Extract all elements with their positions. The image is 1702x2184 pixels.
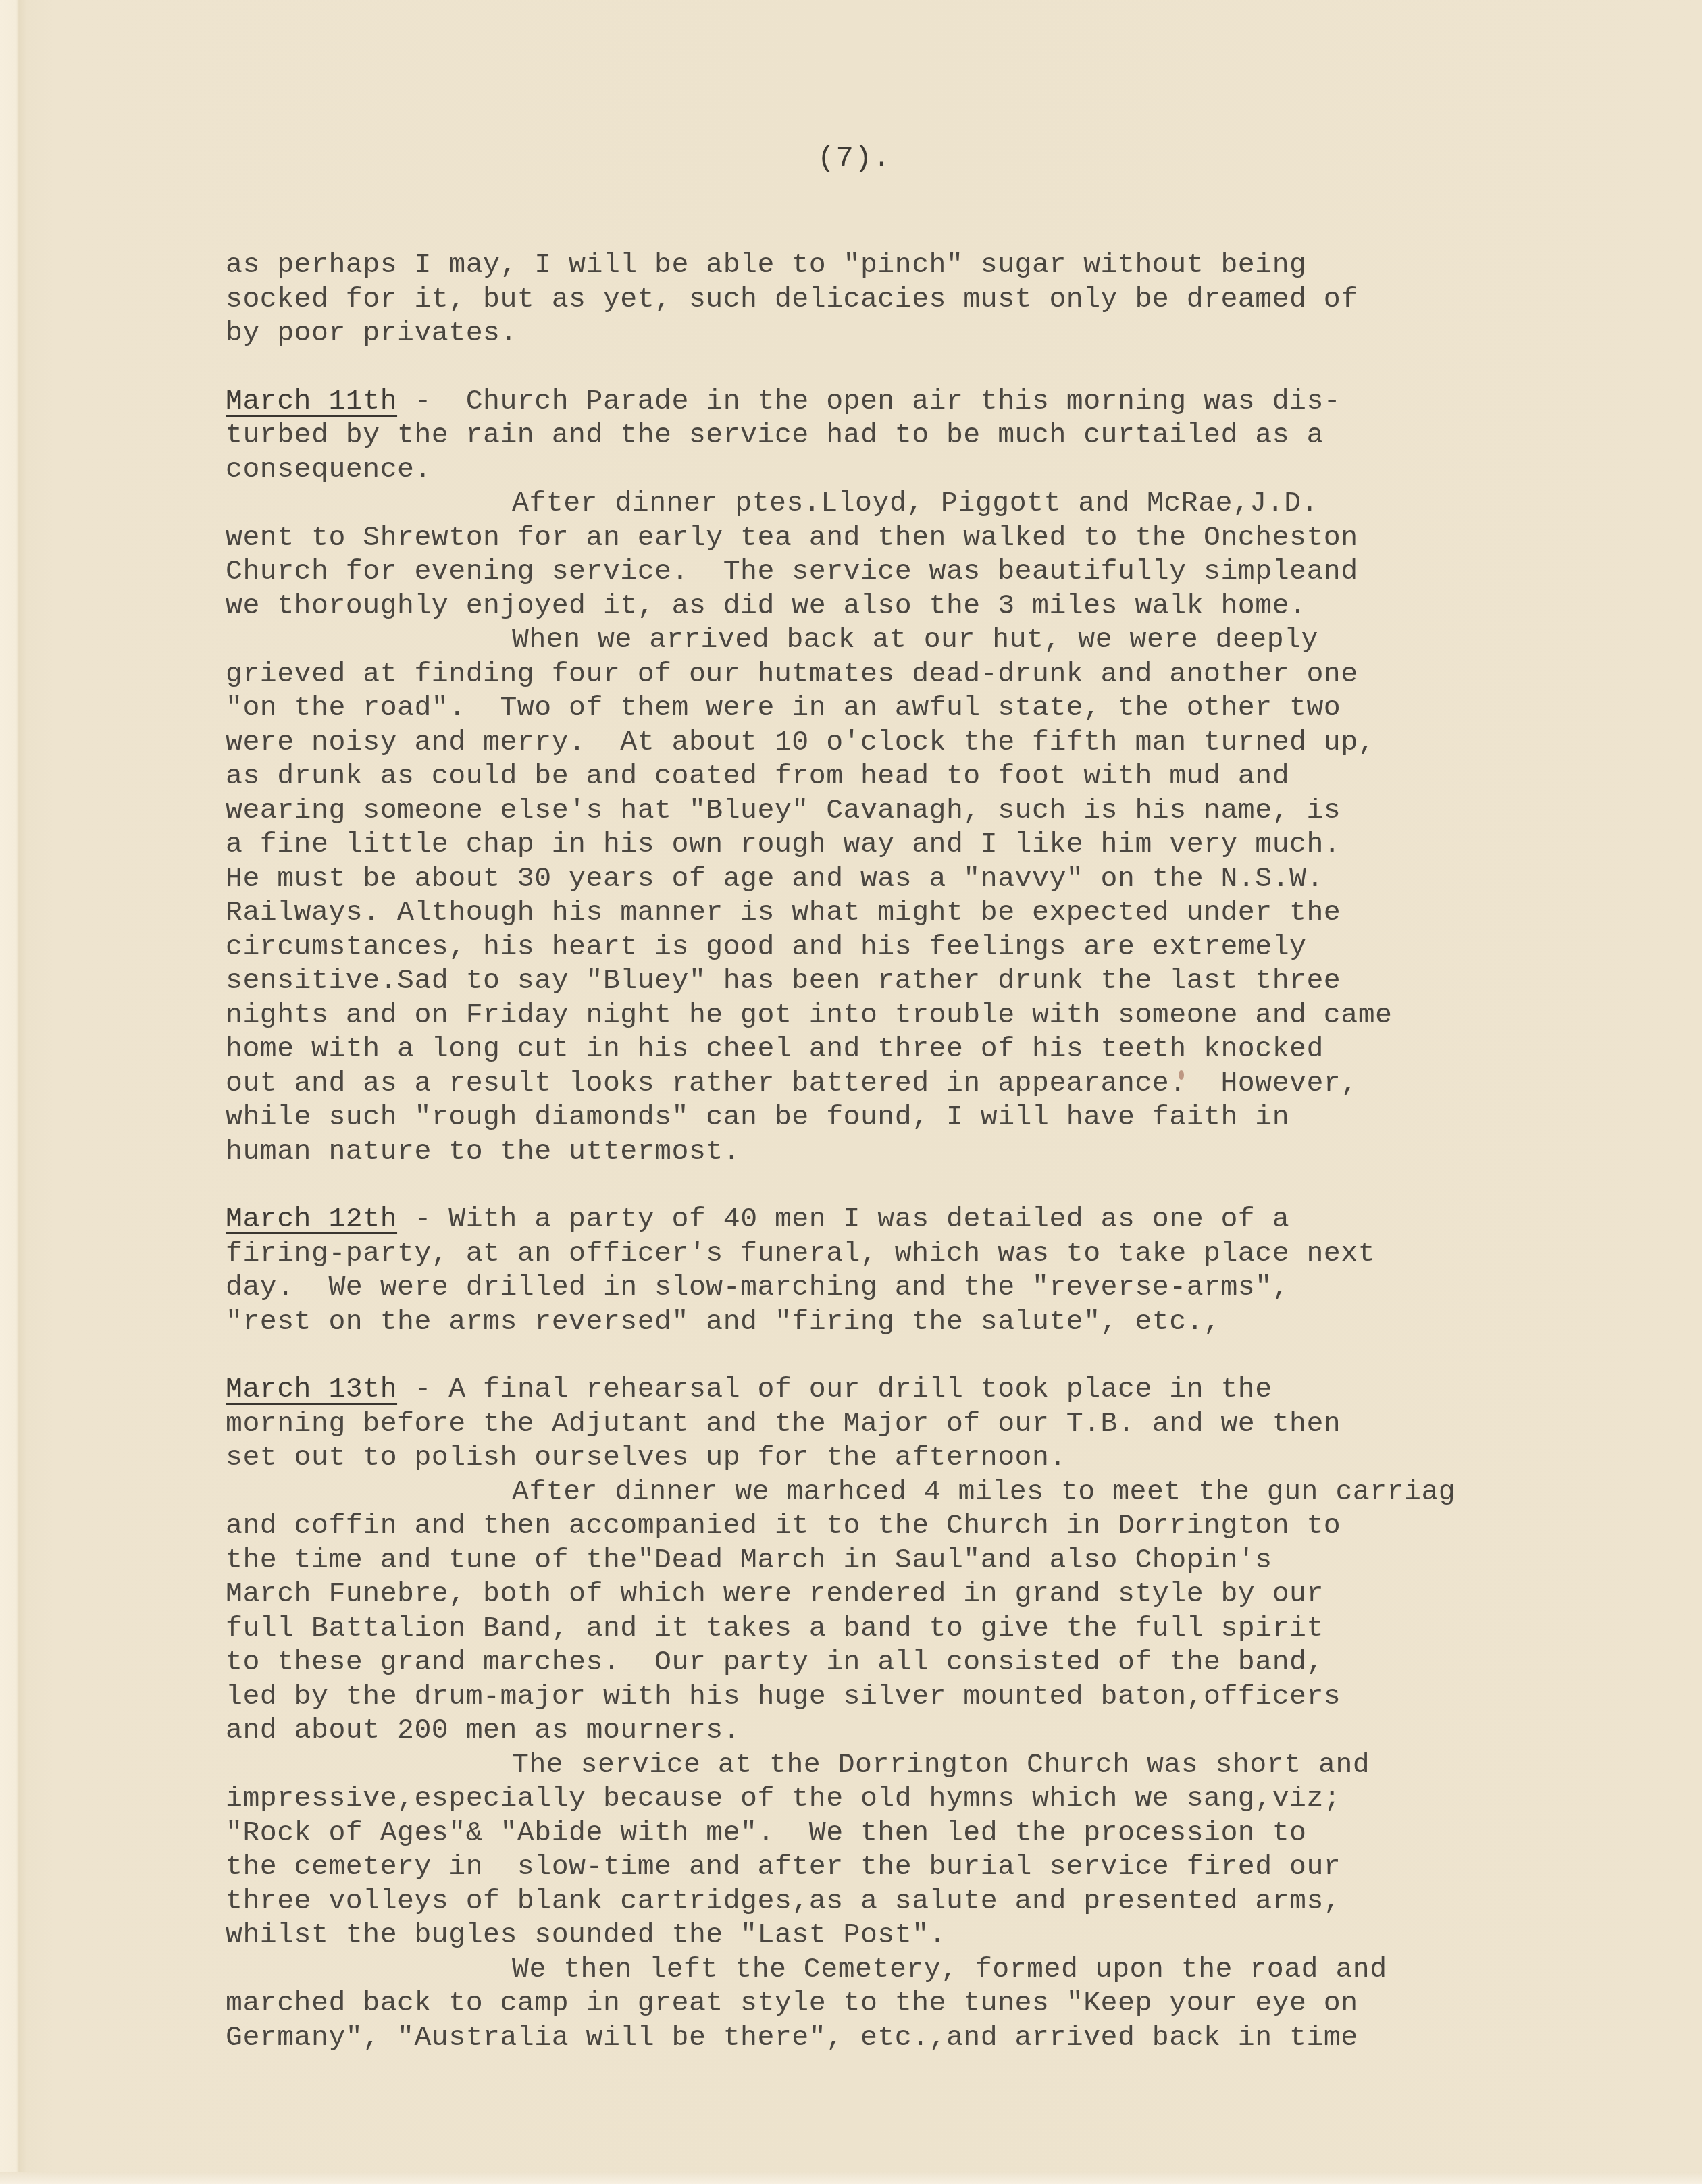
typed-document-page: (7). as perhaps I may, I will be able to… [0,0,1702,2184]
text-line: wearing someone else's hat "Bluey" Cavan… [226,794,1657,829]
text-line: led by the drum-major with his huge silv… [226,1680,1657,1715]
text-line: He must be about 30 years of age and was… [226,862,1657,897]
entry-march-12-heading: March 12th - With a party of 40 men I wa… [226,1203,1657,1237]
text-line: and coffin and then accompanied it to th… [226,1509,1657,1544]
text-line: were noisy and merry. At about 10 o'cloc… [226,726,1657,760]
text-line: March Funebre, both of which were render… [226,1578,1657,1612]
text-line: - Church Parade in the open air this mor… [397,386,1341,417]
text-line: socked for it, but as yet, such delicaci… [226,283,1657,317]
text-line: Church for evening service. The service … [226,555,1657,590]
paragraph-gap [226,351,1657,385]
text-line: full Battalion Band, and it takes a band… [226,1612,1657,1646]
text-line: grieved at finding four of our hutmates … [226,658,1657,692]
text-line: The service at the Dorrington Church was… [226,1748,1657,1783]
text-line: while such "rough diamonds" can be found… [226,1101,1657,1135]
text-line: When we arrived back at our hut, we were… [226,623,1657,658]
text-line: "on the road". Two of them were in an aw… [226,692,1657,726]
text-line: a fine little chap in his own rough way … [226,828,1657,862]
text-line: We then left the Cemetery, formed upon t… [226,1953,1657,1987]
text-line: day. We were drilled in slow-marching an… [226,1271,1657,1305]
text-line: "Rock of Ages"& "Abide with me". We then… [226,1817,1657,1851]
text-line: morning before the Adjutant and the Majo… [226,1407,1657,1442]
text-line: the cemetery in slow-time and after the … [226,1850,1657,1885]
text-line: as drunk as could be and coated from hea… [226,760,1657,794]
text-line: the time and tune of the"Dead March in S… [226,1544,1657,1578]
text-line: we thoroughly enjoyed it, as did we also… [226,590,1657,624]
text-line: After dinner ptes.Lloyd, Piggott and McR… [226,487,1657,521]
diary-text: as perhaps I may, I will be able to "pin… [226,249,1657,2055]
entry-date: March 12th [226,1203,397,1235]
text-line: nights and on Friday night he got into t… [226,999,1657,1033]
paper-bottom-edge [0,2172,1702,2184]
text-line: "rest on the arms reversed" and "firing … [226,1305,1657,1340]
text-line: consequence. [226,453,1657,488]
text-line: Germany", "Australia will be there", etc… [226,2021,1657,2056]
text-line: three volleys of blank cartridges,as a s… [226,1885,1657,1919]
text-line: and about 200 men as mourners. [226,1714,1657,1748]
paragraph-gap [226,1169,1657,1203]
entry-date: March 13th [226,1374,397,1405]
text-line: to these grand marches. Our party in all… [226,1646,1657,1680]
text-line: human nature to the uttermost. [226,1135,1657,1170]
entry-date: March 11th [226,386,397,417]
text-line: circumstances, his heart is good and his… [226,931,1657,965]
paragraph-gap [226,1339,1657,1373]
text-line: sensitive.Sad to say "Bluey" has been ra… [226,964,1657,999]
text-line: went to Shrewton for an early tea and th… [226,521,1657,556]
text-line: - With a party of 40 men I was detailed … [397,1203,1289,1235]
text-line: After dinner we marhced 4 miles to meet … [226,1476,1657,1510]
text-line: impressive,especially because of the old… [226,1782,1657,1817]
text-line: whilst the bugles sounded the "Last Post… [226,1919,1657,1953]
text-line: Railways. Although his manner is what mi… [226,896,1657,931]
entry-march-13-heading: March 13th - A final rehearsal of our dr… [226,1373,1657,1407]
ink-stain-mark [1179,1070,1184,1080]
text-line: as perhaps I may, I will be able to "pin… [226,249,1657,283]
text-line: by poor privates. [226,317,1657,351]
text-line: out and as a result looks rather battere… [226,1067,1657,1101]
entry-march-11-heading: March 11th - Church Parade in the open a… [226,385,1657,419]
text-line: set out to polish ourselves up for the a… [226,1441,1657,1476]
text-line: firing-party, at an officer's funeral, w… [226,1237,1657,1272]
text-line: marched back to camp in great style to t… [226,1987,1657,2021]
text-line: home with a long cut in his cheel and th… [226,1033,1657,1067]
page-number: (7). [817,142,892,176]
text-line: turbed by the rain and the service had t… [226,419,1657,453]
text-line: - A final rehearsal of our drill took pl… [397,1374,1272,1405]
